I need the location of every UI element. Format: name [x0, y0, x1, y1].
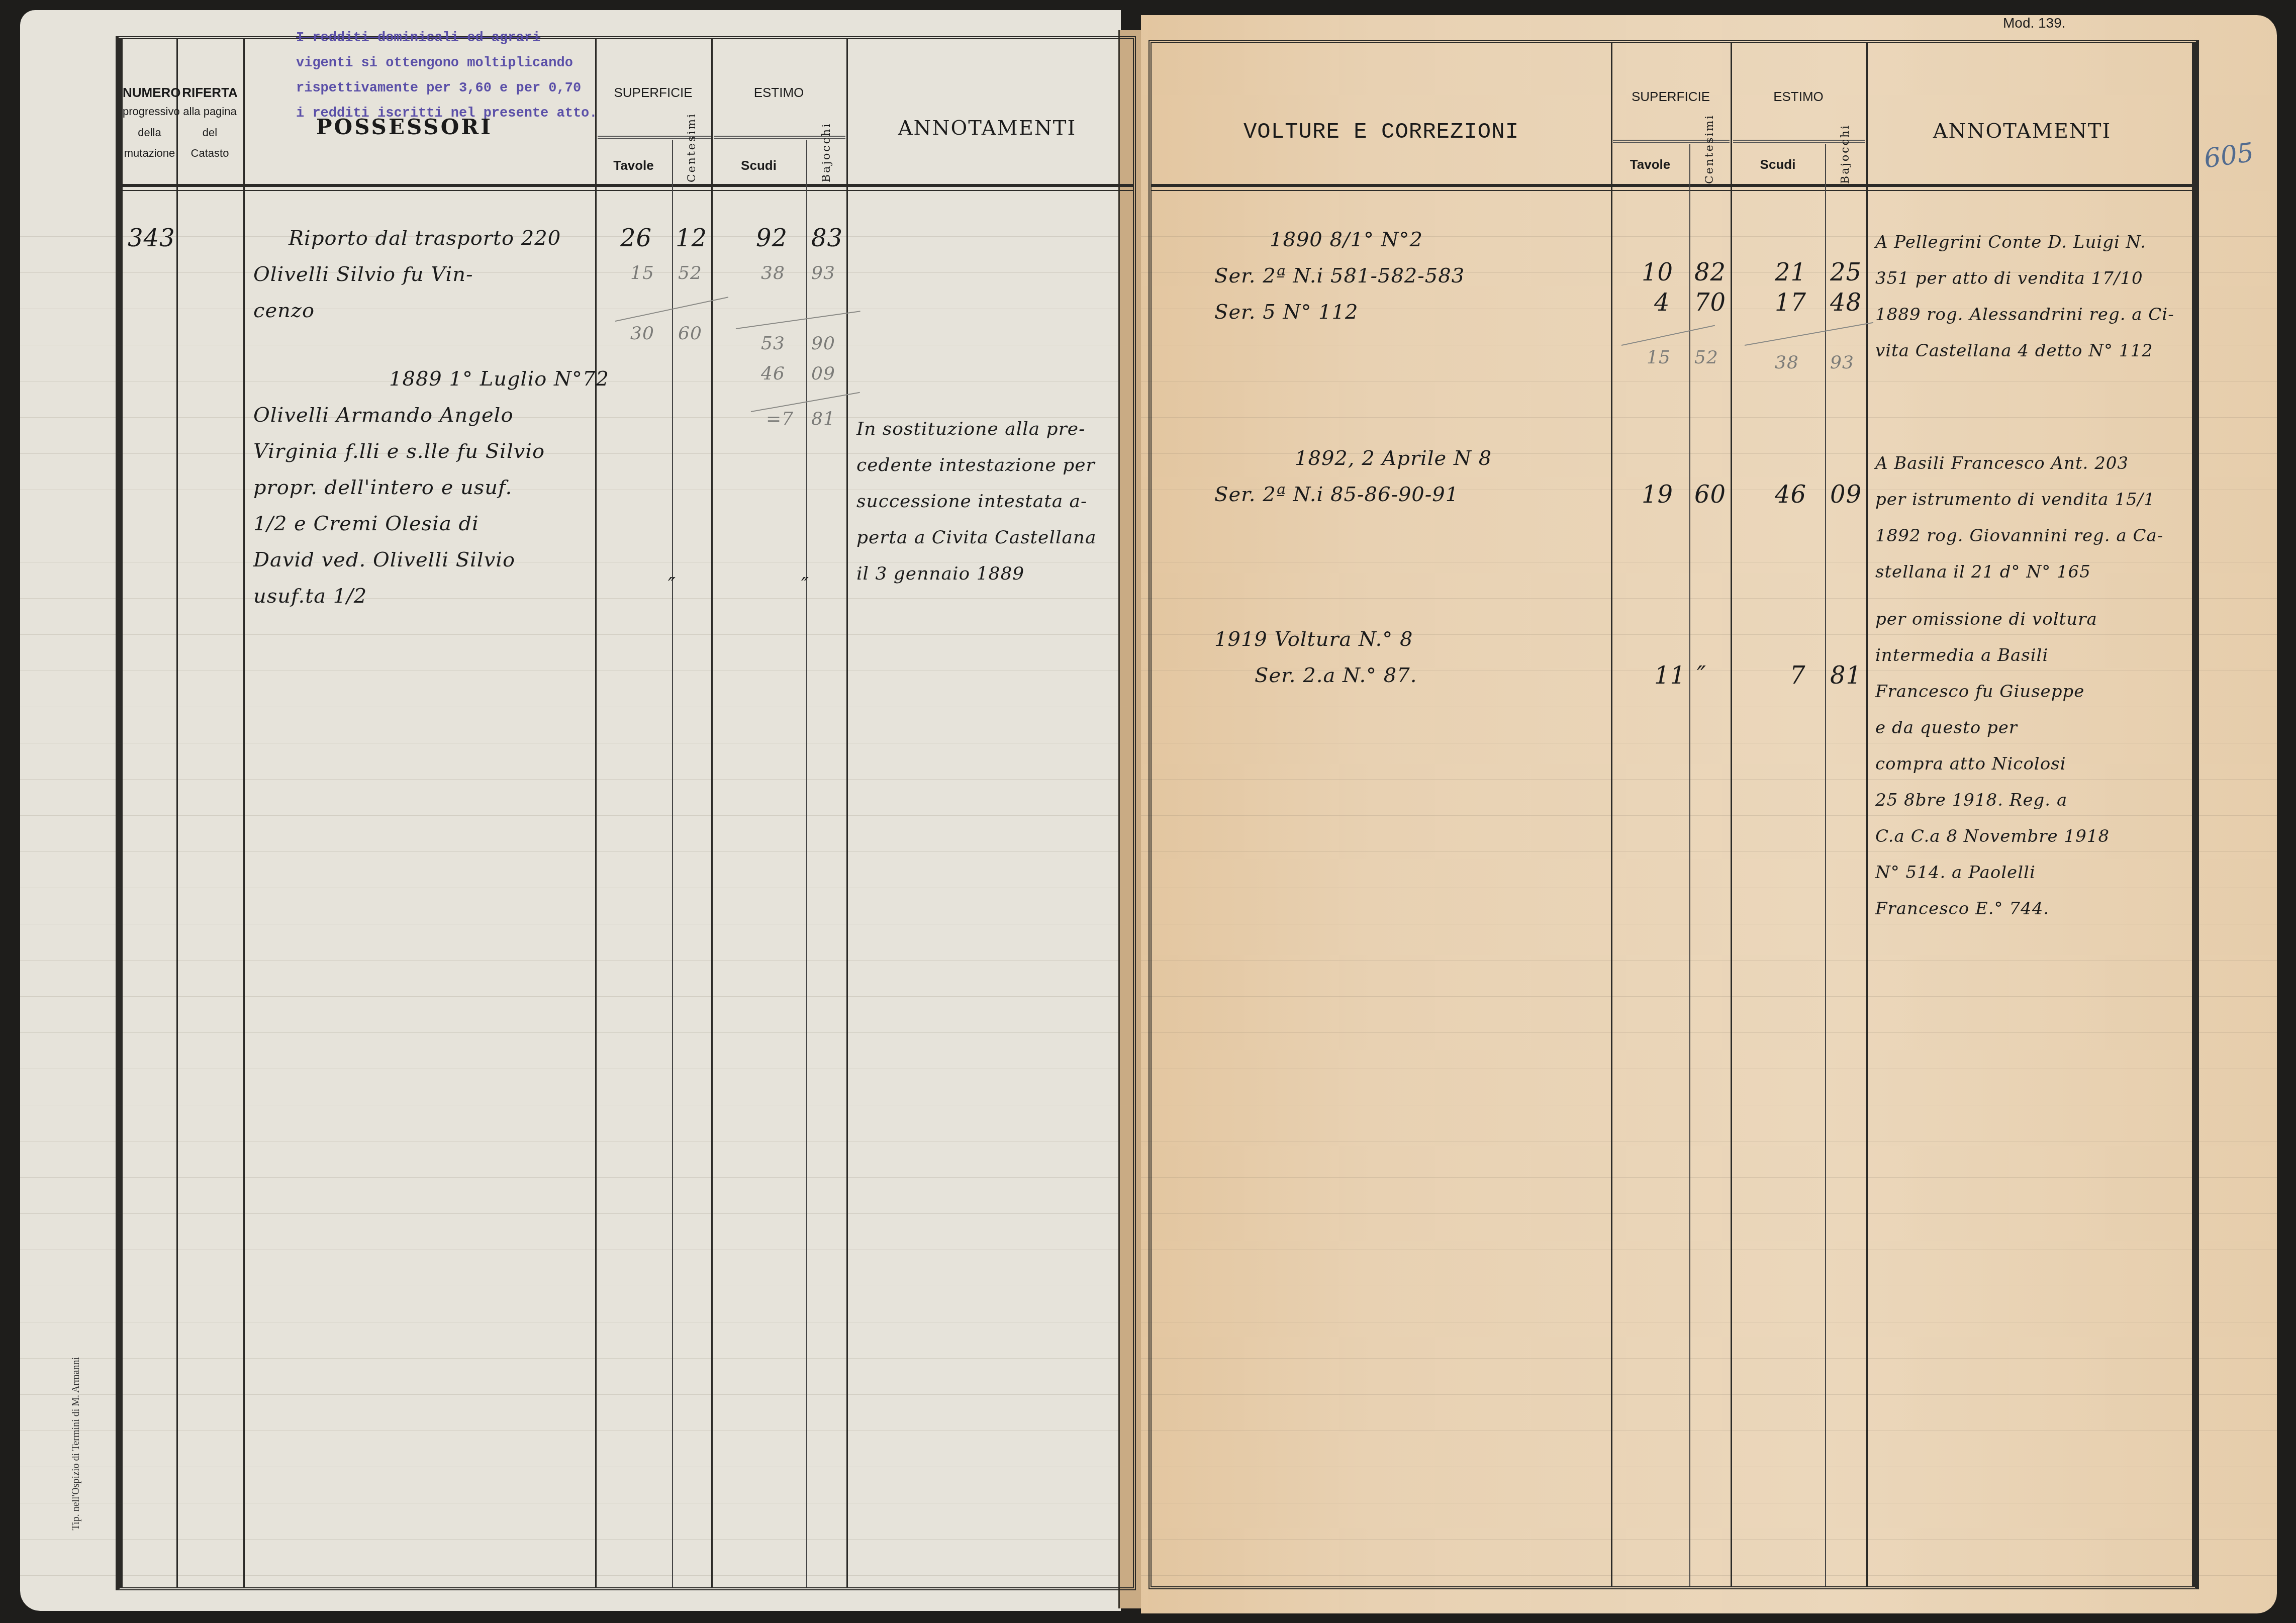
pencil-baj-c: 09 [811, 356, 835, 392]
estimo-scudi-e3: 7 [1790, 657, 1806, 694]
col-line-riferta [243, 39, 245, 1587]
col-line-scudi [806, 140, 807, 1587]
pencil-scudi-a: 38 [761, 255, 785, 292]
reddito-stamp: I redditi dominicali ed agrari vigenti s… [296, 28, 598, 124]
pencil-cent-b: 60 [678, 316, 702, 352]
estimo-scudi-e2: 46 [1775, 476, 1806, 513]
header-centesimi: Centesimi [1703, 144, 1716, 184]
estimo-scudi-1: 92 [756, 220, 788, 256]
col-line-estimo [846, 39, 848, 1587]
pencil-sum-line [1745, 322, 1873, 346]
pencil-tavole-a: 15 [630, 255, 654, 292]
header-annotamenti: ANNOTAMENTI [846, 116, 1128, 141]
col-line-superficie [711, 39, 713, 1587]
entry-annotamenti-left: In sostituzione alla pre-cedente intesta… [856, 411, 1097, 592]
header-tavole: Tavole [595, 157, 672, 174]
header-superficie: SUPERFICIE [1611, 88, 1731, 105]
header-possessori: POSSESSORI [316, 115, 493, 139]
superficie-tavole-e1b: 4 [1654, 284, 1670, 321]
col-line-possessori [595, 39, 597, 1587]
pencil-scudi-c: 46 [761, 356, 785, 392]
entry-annotamenti-e2: A Basili Francesco Ant. 203per istrument… [1875, 445, 2163, 590]
header-scudi: Scudi [711, 157, 806, 174]
estimo-baj-e1b: 48 [1830, 284, 1862, 321]
estimo-bajocchi-1: 83 [811, 220, 843, 256]
header-annotamenti: ANNOTAMENTI [1866, 119, 2178, 144]
pencil-sum-line [736, 311, 860, 329]
header-estimo: ESTIMO [711, 84, 846, 101]
header-riferta-sub: alla pagina del Catasto [176, 105, 243, 160]
header-volture: VOLTURE E CORREZIONI [1152, 119, 1611, 146]
estimo-baj-e3: 81 [1830, 657, 1862, 694]
header-riferta: RIFERTA [176, 84, 243, 101]
pencil-cent-a: 52 [678, 255, 702, 292]
col-line-scudi [1825, 144, 1826, 1586]
printer-imprint: Tip. nell'Ospizio di Termini di M. Arman… [70, 1357, 82, 1530]
pencil-scudi-d: =7 [766, 401, 794, 437]
col-line-tavole [1689, 144, 1690, 1586]
entry-possessori-1889: 1889 1° Luglio N°72Olivelli Armando Ange… [253, 361, 609, 614]
col-line-numero [176, 39, 178, 1587]
superficie-cent-e1b: 70 [1694, 284, 1726, 321]
entry-possessori-riporto: Riporto dal trasporto 220Olivelli Silvio… [253, 220, 561, 329]
header-rule-thin [123, 190, 1133, 191]
entry-volture-1892: 1892, 2 Aprile N 8Ser. 2ª N.i 85-86-90-9… [1214, 440, 1492, 513]
pencil-baj-a: 93 [811, 255, 835, 292]
entry-numero: 343 [128, 220, 175, 256]
estimo-baj-e2: 09 [1830, 476, 1862, 513]
col-line-tavole [672, 140, 673, 1587]
superficie-tavole-e2: 19 [1642, 476, 1673, 513]
pencil-total-cent: 52 [1694, 340, 1718, 376]
right-table-frame: VOLTURE E CORREZIONI SUPERFICIE Tavole C… [1149, 40, 2199, 1589]
col-line-superficie [1731, 43, 1732, 1586]
form-label: Mod. 139. [2003, 15, 2066, 31]
pencil-total-scudi: 38 [1775, 345, 1799, 381]
header-bajocchi: Bajocchi [1839, 144, 1852, 184]
header-centesimi: Centesimi [686, 142, 698, 182]
pencil-tavole-b: 30 [630, 316, 654, 352]
entry-volture-1890: 1890 8/1° N°2Ser. 2ª N.i 581-582-583Ser.… [1214, 222, 1465, 330]
ditto-superficie: ″ [668, 567, 676, 603]
header-estimo: ESTIMO [1731, 88, 1866, 105]
header-tavole: Tavole [1611, 156, 1689, 173]
pencil-baj-d: 81 [811, 401, 835, 437]
col-line-volture [1611, 43, 1612, 1586]
superficie-cent-e2: 60 [1694, 476, 1726, 513]
header-superficie: SUPERFICIE [595, 84, 711, 101]
col-line-estimo [1866, 43, 1868, 1586]
header-numero-sub: progressivo della mutazione [123, 105, 176, 160]
superficie-centesimi-1: 12 [676, 220, 707, 256]
superficie-tavole-e3: 11 [1654, 657, 1686, 694]
estimo-scudi-e1b: 17 [1775, 284, 1806, 321]
header-rule [123, 184, 1133, 187]
superficie-tavole-1: 26 [620, 220, 652, 256]
header-numero: NUMERO [123, 84, 176, 101]
ditto-estimo: ″ [801, 567, 809, 603]
entry-annotamenti-e1: A Pellegrini Conte D. Luigi N.351 per at… [1875, 224, 2174, 369]
header-bajocchi: Bajocchi [820, 142, 833, 182]
superficie-cent-e3: ″ [1697, 657, 1706, 694]
entry-annotamenti-e3: per omissione di volturaintermedia a Bas… [1875, 601, 2110, 927]
pencil-total-baj: 93 [1830, 345, 1854, 381]
entry-volture-1919: 1919 Voltura N.° 8Ser. 2.a N.° 87. [1214, 621, 1417, 694]
header-rule-thin [1152, 190, 2192, 191]
left-table-frame: NUMERO progressivo della mutazione RIFER… [116, 36, 1136, 1590]
header-scudi: Scudi [1731, 156, 1825, 173]
pencil-total-tavole: 15 [1647, 340, 1671, 376]
header-rule [1152, 184, 2192, 187]
